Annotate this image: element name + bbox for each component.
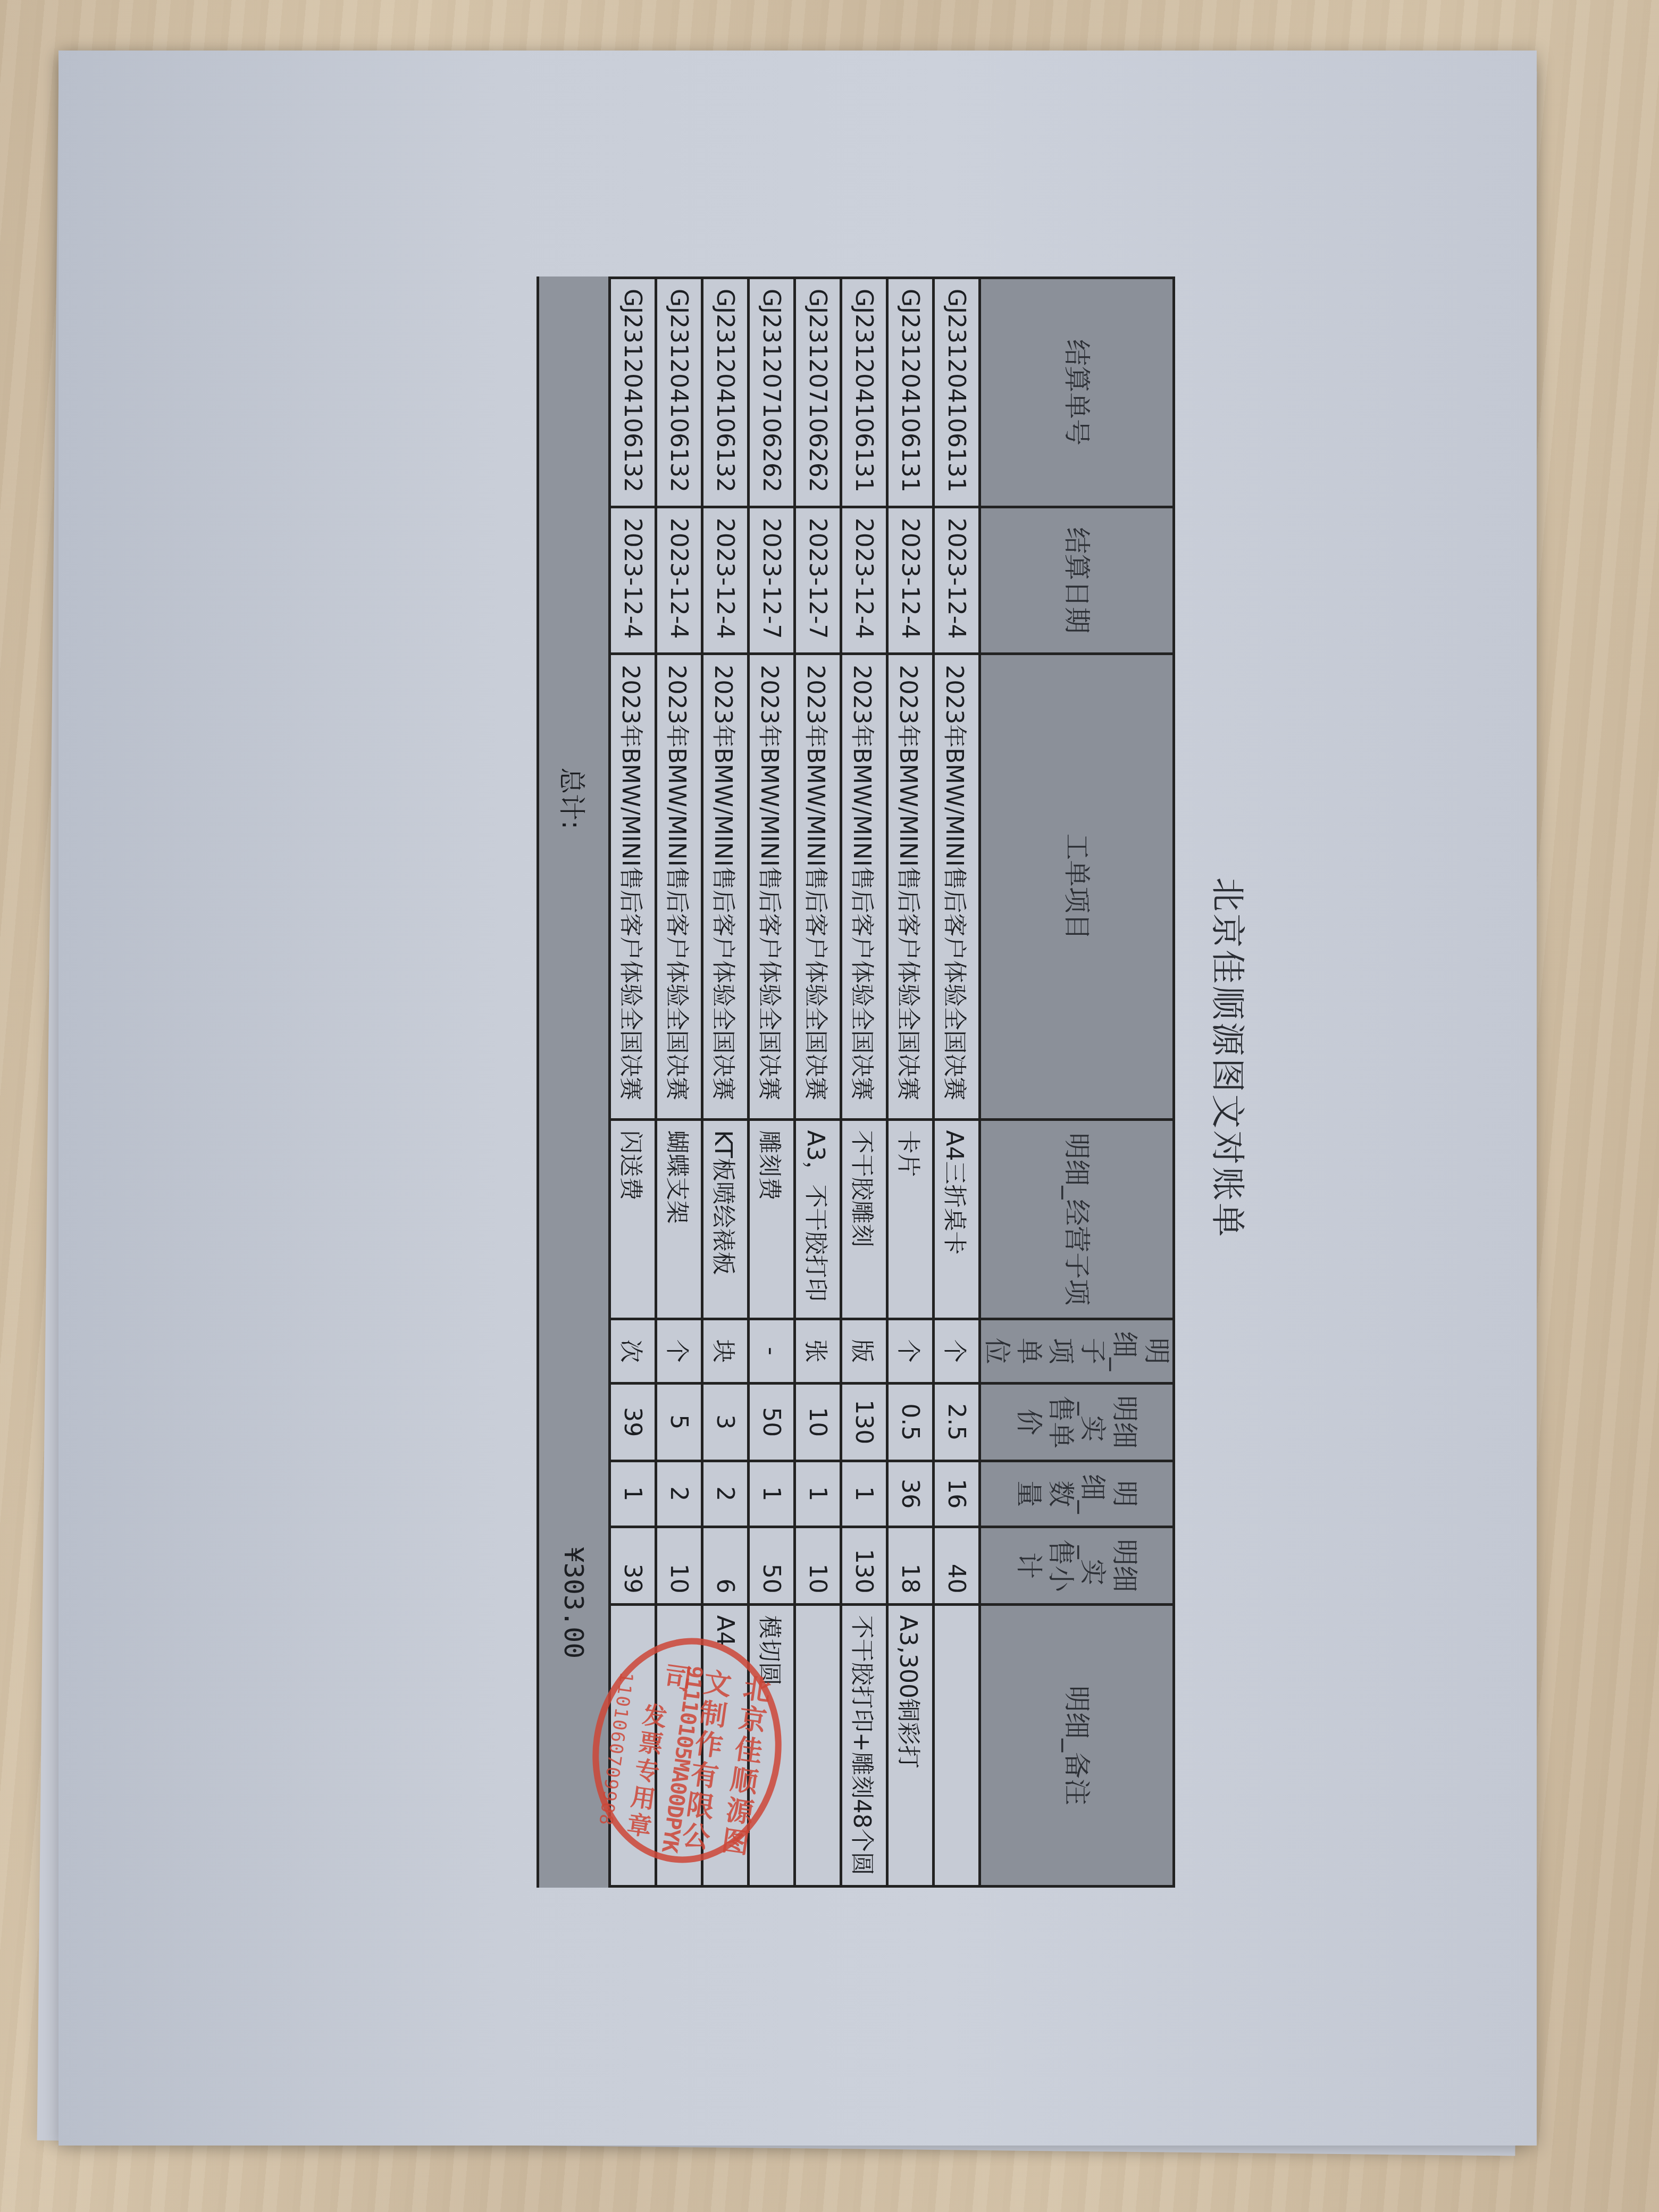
cell-sub-item: 闪送费 [610, 1119, 656, 1319]
cell-price: 5 [656, 1383, 702, 1461]
cell-unit: 版 [841, 1319, 887, 1383]
header-subtotal: 明细_实售小计 [980, 1527, 1174, 1604]
cell-qty: 36 [887, 1461, 934, 1527]
cell-remark [795, 1604, 841, 1886]
header-settlement-date: 结算日期 [980, 507, 1174, 654]
cell-id: GJ231204106131 [934, 278, 980, 507]
cell-date: 2023-12-4 [934, 507, 980, 654]
cell-qty: 1 [749, 1461, 795, 1527]
cell-project: 2023年BMW/MINI售后客户体验全国决赛 [656, 654, 702, 1119]
cell-subtotal: 39 [610, 1527, 656, 1604]
cell-price: 3 [702, 1383, 749, 1461]
header-sub-item: 明细_经营子项 [980, 1119, 1174, 1319]
cell-project: 2023年BMW/MINI售后客户体验全国决赛 [841, 654, 887, 1119]
table-row: GJ2312071062622023-12-72023年BMW/MINI售后客户… [795, 278, 841, 1887]
table-row: GJ2312041061312023-12-42023年BMW/MINI售后客户… [887, 278, 934, 1887]
cell-date: 2023-12-4 [702, 507, 749, 654]
header-unit-price: 明细_实售单价 [980, 1383, 1174, 1461]
cell-id: GJ231204106132 [656, 278, 702, 507]
cell-qty: 2 [656, 1461, 702, 1527]
cell-sub-item: 雕刻费 [749, 1119, 795, 1319]
cell-remark: 不干胶打印+雕刻48个圆 [841, 1604, 887, 1886]
cell-id: GJ231207106262 [795, 278, 841, 507]
cell-unit: 个 [656, 1319, 702, 1383]
cell-sub-item: KT板喷绘裱板 [702, 1119, 749, 1319]
cell-sub-item: 蝴蝶支架 [656, 1119, 702, 1319]
cell-unit: 个 [887, 1319, 934, 1383]
cell-date: 2023-12-7 [795, 507, 841, 654]
cell-date: 2023-12-4 [887, 507, 934, 654]
header-remark: 明细_备注 [980, 1604, 1174, 1886]
cell-id: GJ231207106262 [749, 278, 795, 507]
cell-date: 2023-12-7 [749, 507, 795, 654]
table-row: GJ2312071062622023-12-72023年BMW/MINI售后客户… [749, 278, 795, 1887]
cell-id: GJ231204106131 [887, 278, 934, 507]
cell-project: 2023年BMW/MINI售后客户体验全国决赛 [749, 654, 795, 1119]
cell-subtotal: 18 [887, 1527, 934, 1604]
cell-subtotal: 40 [934, 1527, 980, 1604]
cell-date: 2023-12-4 [610, 507, 656, 654]
cell-remark: A3,300铜彩打 [887, 1604, 934, 1886]
cell-sub-item: A4三折桌卡 [934, 1119, 980, 1319]
header-unit: 明细_子项单位 [980, 1319, 1174, 1383]
cell-subtotal: 6 [702, 1527, 749, 1604]
cell-qty: 1 [841, 1461, 887, 1527]
cell-remark [934, 1604, 980, 1886]
cell-qty: 1 [610, 1461, 656, 1527]
cell-subtotal: 10 [795, 1527, 841, 1604]
cell-qty: 1 [795, 1461, 841, 1527]
cell-project: 2023年BMW/MINI售后客户体验全国决赛 [702, 654, 749, 1119]
cell-price: 130 [841, 1383, 887, 1461]
reconciliation-table: 结算单号 结算日期 工单项目 明细_经营子项 明细_子项单位 明细_实售单价 明… [537, 276, 1175, 1888]
cell-id: GJ231204106131 [841, 278, 887, 507]
table-row: GJ2312041061312023-12-42023年BMW/MINI售后客户… [934, 278, 980, 1887]
cell-unit: 块 [702, 1319, 749, 1383]
cell-unit: 张 [795, 1319, 841, 1383]
total-label: 总计: [538, 278, 610, 1319]
cell-price: 39 [610, 1383, 656, 1461]
cell-qty: 2 [702, 1461, 749, 1527]
cell-qty: 16 [934, 1461, 980, 1527]
cell-date: 2023-12-4 [656, 507, 702, 654]
cell-id: GJ231204106132 [702, 278, 749, 507]
table-row: GJ2312041061312023-12-42023年BMW/MINI售后客户… [841, 278, 887, 1887]
cell-sub-item: 不干胶雕刻 [841, 1119, 887, 1319]
header-settlement-id: 结算单号 [980, 278, 1174, 507]
cell-unit: - [749, 1319, 795, 1383]
cell-project: 2023年BMW/MINI售后客户体验全国决赛 [795, 654, 841, 1119]
cell-project: 2023年BMW/MINI售后客户体验全国决赛 [610, 654, 656, 1119]
document-title: 北京佳顺源图文对账单 [1206, 117, 1255, 1999]
cell-subtotal: 10 [656, 1527, 702, 1604]
header-quantity: 明细_数量 [980, 1461, 1174, 1527]
cell-unit: 个 [934, 1319, 980, 1383]
total-row: 总计: ¥303.00 [538, 278, 610, 1887]
cell-price: 10 [795, 1383, 841, 1461]
cell-sub-item: 卡片 [887, 1119, 934, 1319]
cell-unit: 次 [610, 1319, 656, 1383]
cell-price: 2.5 [934, 1383, 980, 1461]
cell-price: 0.5 [887, 1383, 934, 1461]
cell-project: 2023年BMW/MINI售后客户体验全国决赛 [934, 654, 980, 1119]
cell-subtotal: 50 [749, 1527, 795, 1604]
cell-subtotal: 130 [841, 1527, 887, 1604]
cell-id: GJ231204106132 [610, 278, 656, 507]
header-project: 工单项目 [980, 654, 1174, 1119]
table-header-row: 结算单号 结算日期 工单项目 明细_经营子项 明细_子项单位 明细_实售单价 明… [980, 278, 1174, 1887]
cell-date: 2023-12-4 [841, 507, 887, 654]
cell-project: 2023年BMW/MINI售后客户体验全国决赛 [887, 654, 934, 1119]
cell-sub-item: A3，不干胶打印 [795, 1119, 841, 1319]
cell-price: 50 [749, 1383, 795, 1461]
table-row: GJ2312041061322023-12-42023年BMW/MINI售后客户… [610, 278, 656, 1887]
